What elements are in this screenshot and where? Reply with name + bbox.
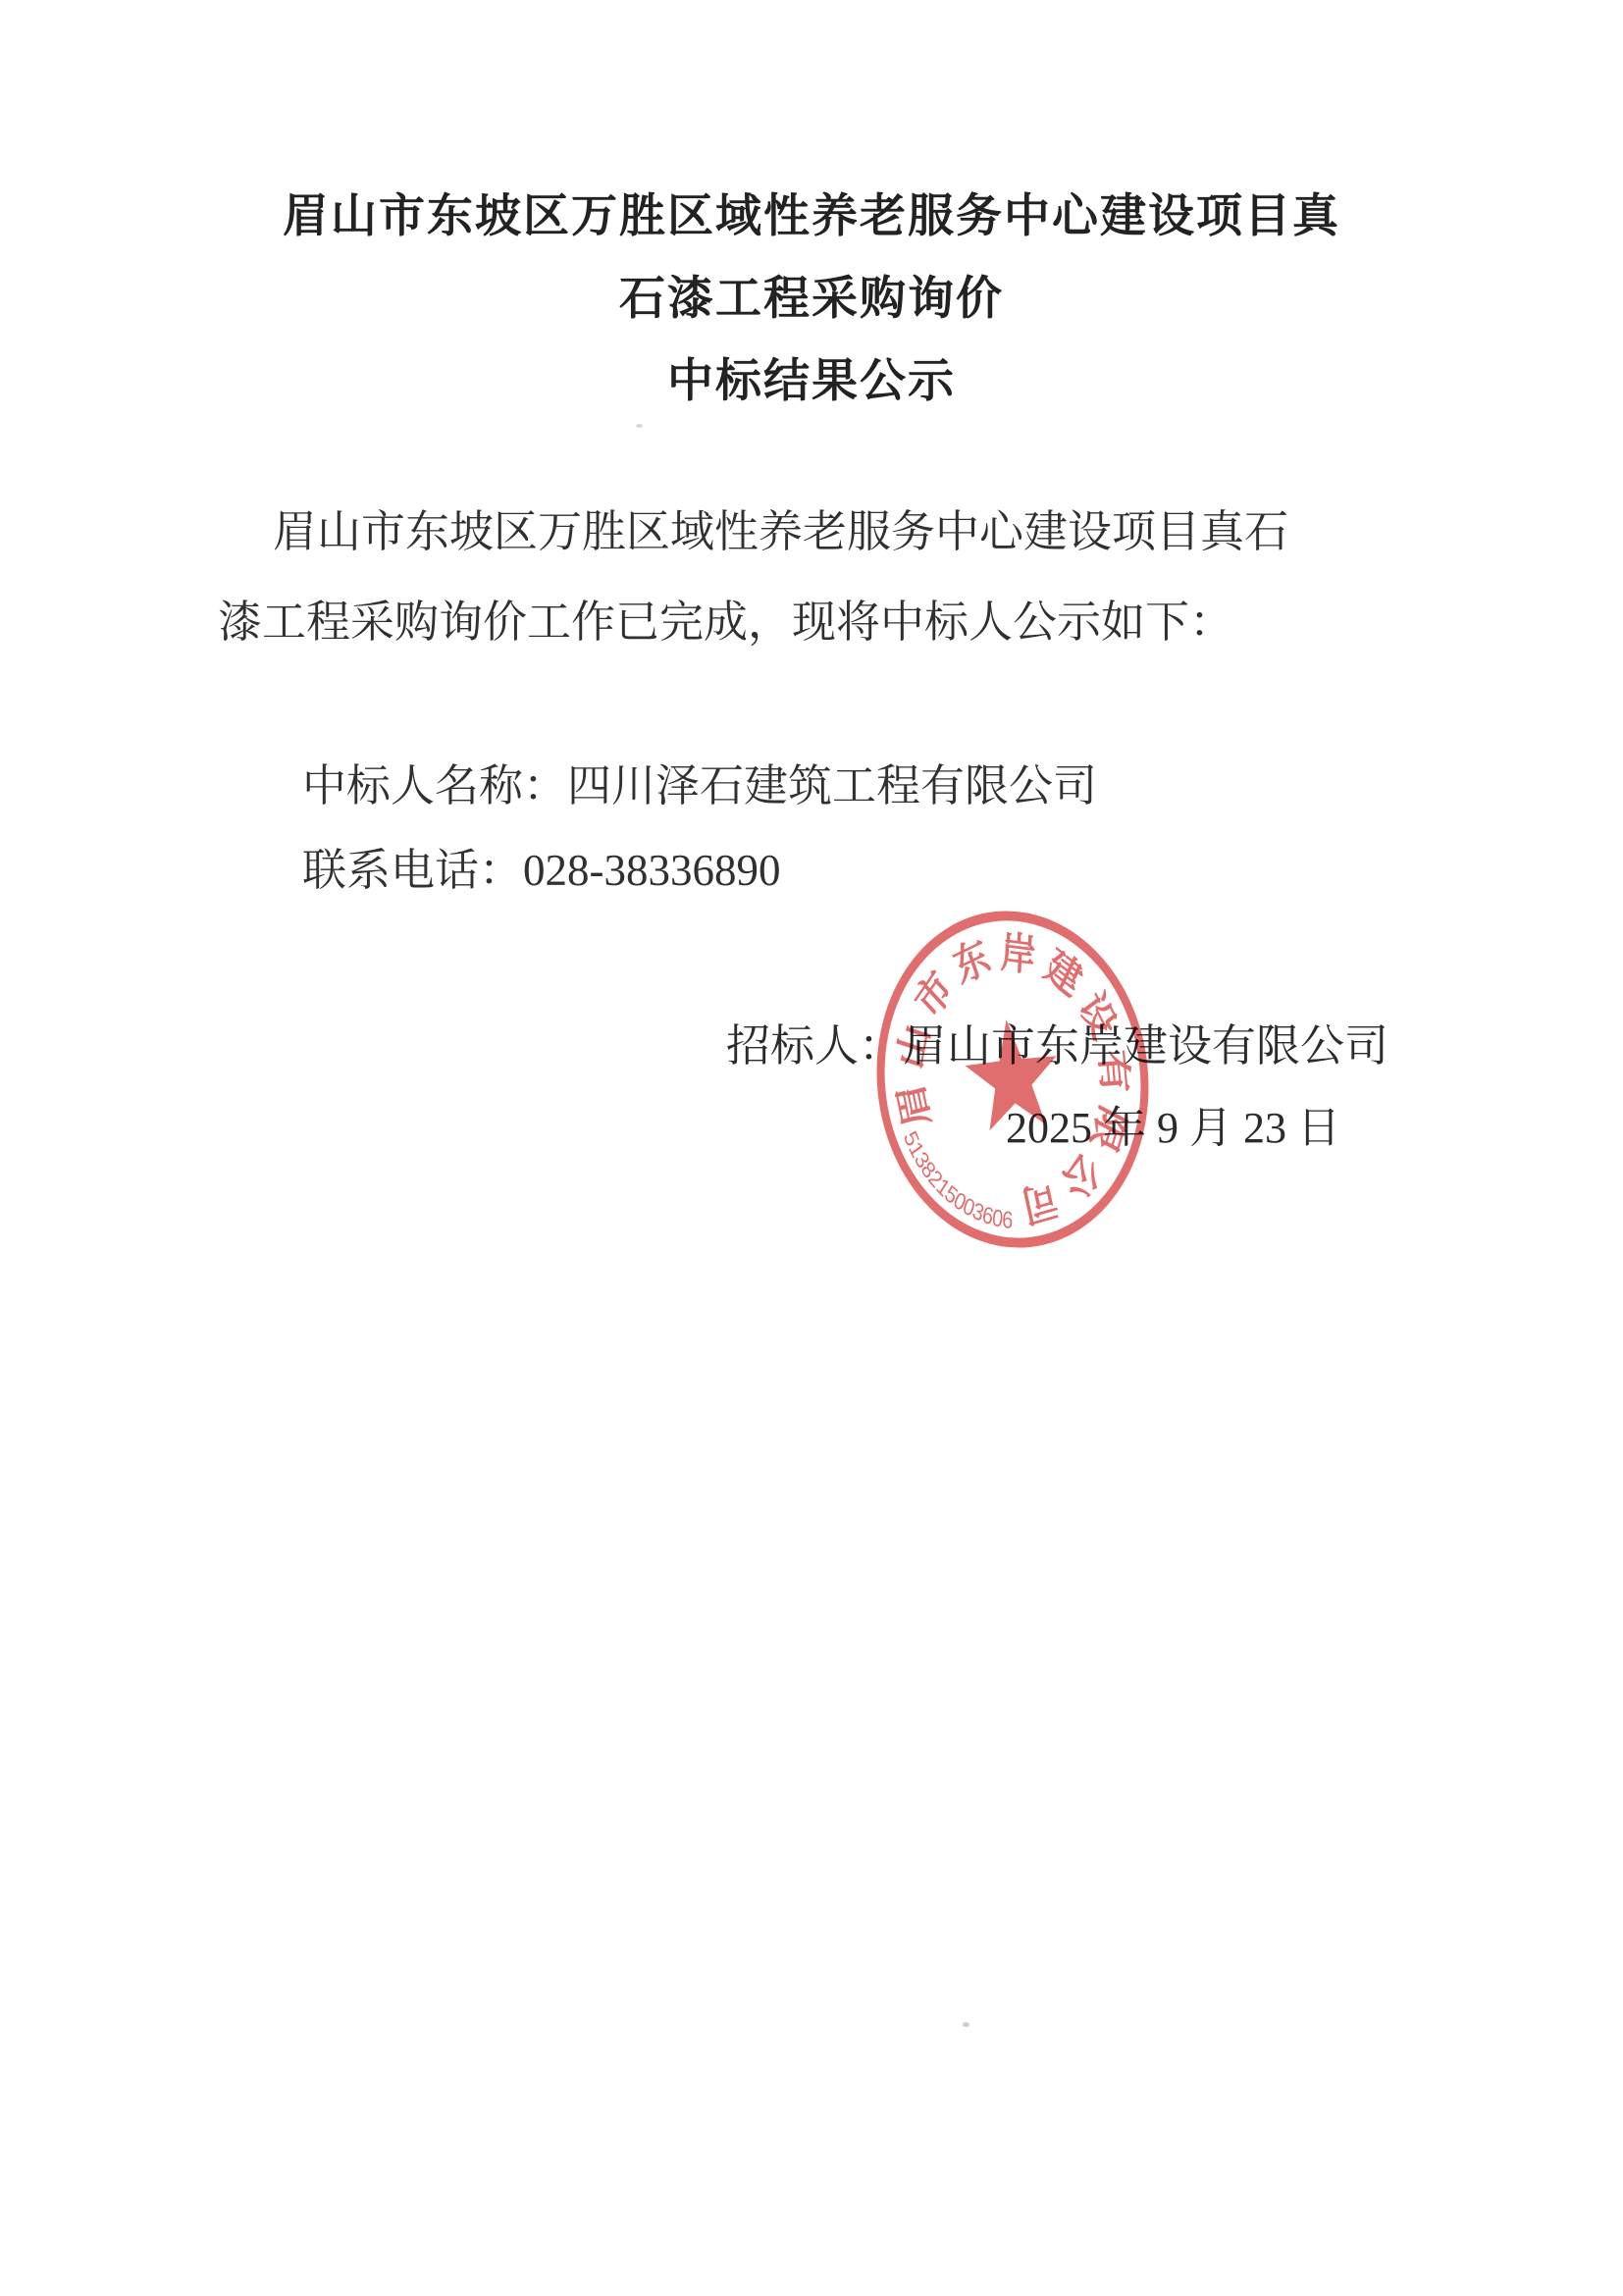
seal-number-digit: 8 (916, 1156, 940, 1183)
seal-number-digit: 1 (905, 1137, 929, 1162)
seal-number-digit: 5 (900, 1126, 924, 1150)
seal-number-digit: 6 (980, 1201, 996, 1230)
date-line: 2025 年 9 月 23 日 (1006, 1103, 1340, 1154)
seal-number-digit: 0 (950, 1186, 969, 1217)
seal-company-char: 眉 (890, 1078, 938, 1131)
seal-number-digit: 0 (991, 1204, 1005, 1232)
result-block: 中标人名称：四川泽石建筑工程有限公司 联系电话：028-38336890 (302, 744, 1097, 913)
contact-phone-line: 联系电话：028-38336890 (302, 828, 1097, 913)
scan-artifact (963, 2022, 969, 2027)
announcement-paragraph: 眉山市东坡区万胜区域性养老服务中心建设项目真石 漆工程采购询价工作已完成，现将中… (218, 487, 1435, 667)
seal-company-char: 岸 (1000, 927, 1037, 981)
paragraph-line-2: 漆工程采购询价工作已完成，现将中标人公示如下： (218, 577, 1435, 667)
seal-number-text: 5138215003606 (899, 1118, 1017, 1244)
seal-company-char: 司 (1018, 1174, 1062, 1231)
seal-number-digit: 3 (969, 1197, 986, 1227)
seal-number-digit: 0 (960, 1192, 978, 1223)
seal-number-digit: 3 (911, 1147, 934, 1174)
title-line-3: 中标结果公示 (0, 339, 1623, 422)
seal-number-digit: 6 (1002, 1206, 1014, 1234)
title-line-1: 眉山市东坡区万胜区域性养老服务中心建设项目真 (0, 175, 1623, 257)
seal-number-digit: 5 (941, 1179, 962, 1209)
seal-number-digit: 2 (924, 1165, 947, 1193)
seal-ring (864, 903, 1161, 1256)
paragraph-line-1: 眉山市东坡区万胜区域性养老服务中心建设项目真石 (218, 487, 1435, 577)
seal-company-char: 市 (908, 963, 961, 1028)
seal-graphic: 眉山市东岸建设有限公司 5138215003606 (855, 891, 1171, 1268)
issuer-line: 招标人：眉山市东岸建设有限公司 (726, 1020, 1388, 1071)
seal-company-char: 东 (948, 930, 997, 992)
scan-artifact (636, 424, 643, 428)
seal-number-digit: 1 (932, 1173, 954, 1202)
official-seal: 眉山市东岸建设有限公司 5138215003606 (855, 891, 1171, 1268)
document-page: 眉山市东坡区万胜区域性养老服务中心建设项目真 石漆工程采购询价 中标结果公示 眉… (0, 0, 1623, 2296)
title-line-2: 石漆工程采购询价 (0, 257, 1623, 339)
document-title: 眉山市东坡区万胜区域性养老服务中心建设项目真 石漆工程采购询价 中标结果公示 (0, 175, 1623, 422)
seal-company-text: 眉山市东岸建设有限公司 (874, 914, 1150, 1244)
winner-name-line: 中标人名称：四川泽石建筑工程有限公司 (302, 744, 1097, 828)
seal-company-char: 建 (1038, 940, 1088, 1006)
